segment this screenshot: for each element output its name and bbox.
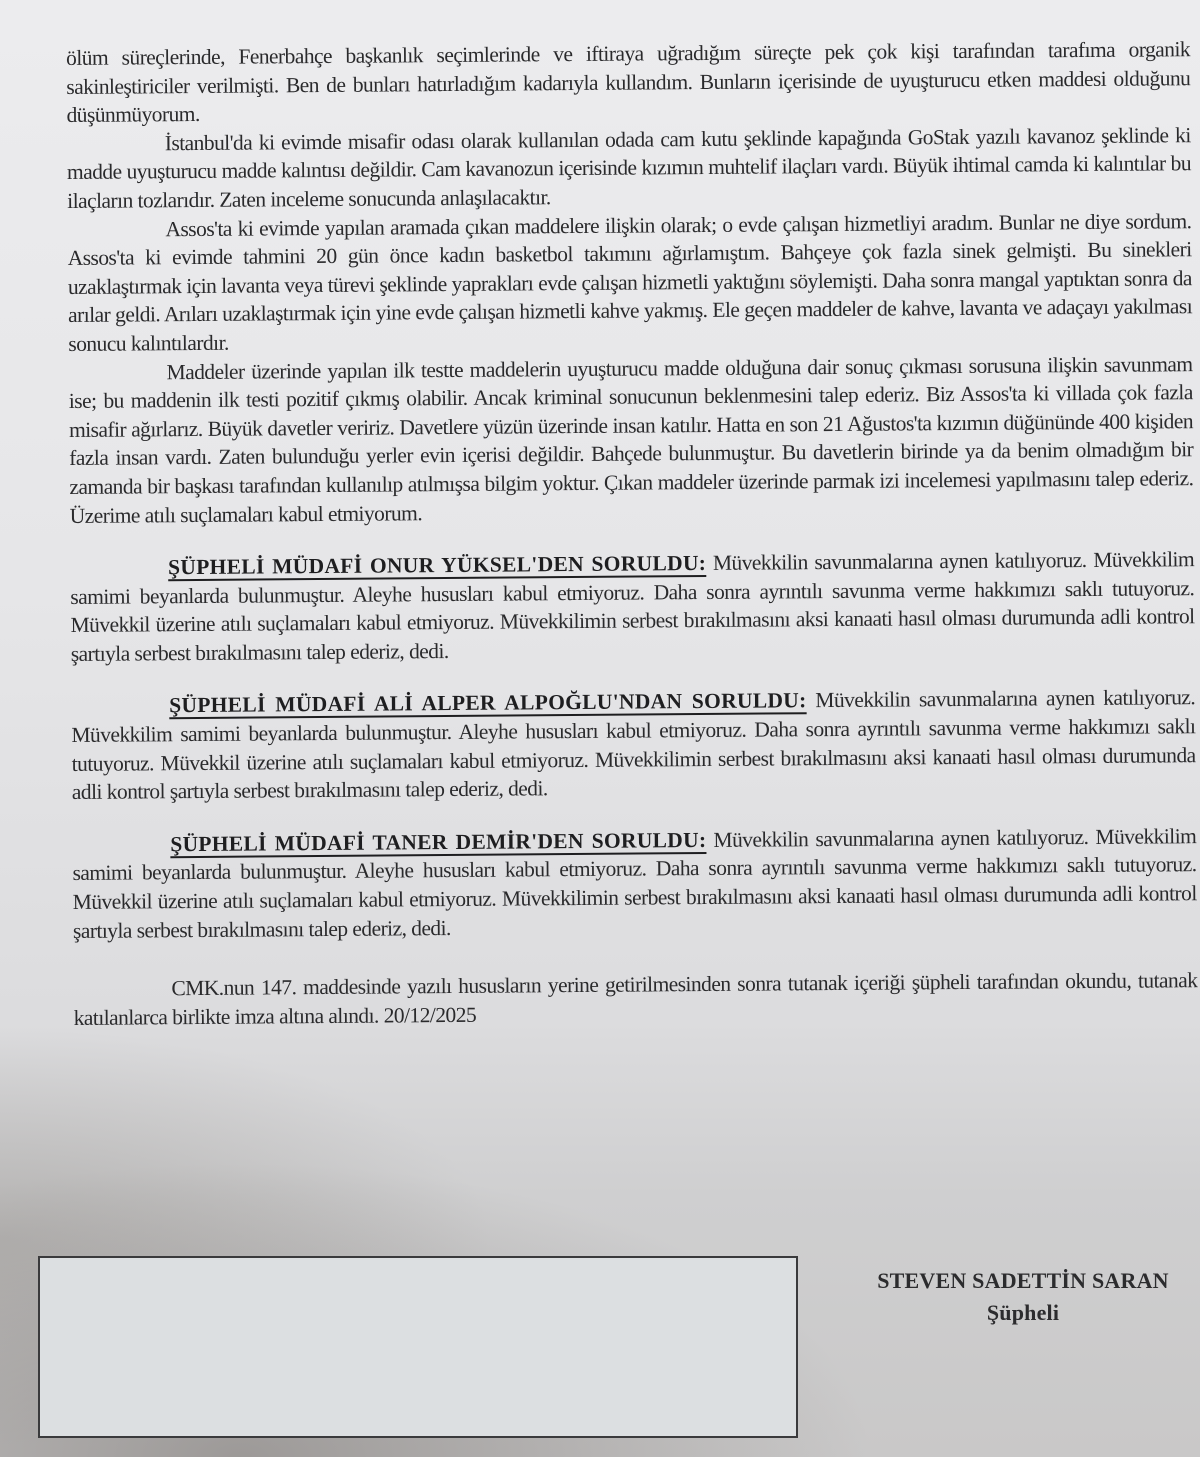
signatory-role: Şüpheli bbox=[848, 1298, 1198, 1328]
statement-paragraph-3: Assos'ta ki evimde yapılan aramada çıkan… bbox=[67, 207, 1192, 359]
signatory-name: STEVEN SADETTİN SARAN bbox=[848, 1266, 1198, 1296]
counsel-heading: ŞÜPHELİ MÜDAFİ ONUR YÜKSEL'DEN SORULDU: bbox=[168, 551, 706, 579]
statement-paragraph-1: ölüm süreçlerinde, Fenerbahçe başkanlık … bbox=[66, 35, 1191, 130]
counsel-heading: ŞÜPHELİ MÜDAFİ TANER DEMİR'DEN SORULDU: bbox=[170, 828, 706, 856]
redaction-box bbox=[38, 1256, 798, 1438]
statement-paragraph-2: İstanbul'da ki evimde misafir odası olar… bbox=[67, 121, 1192, 216]
document-page: ölüm süreçlerinde, Fenerbahçe başkanlık … bbox=[66, 35, 1198, 1032]
signature-block: STEVEN SADETTİN SARAN Şüpheli bbox=[848, 1266, 1198, 1328]
counsel-statement-onur-yuksel: ŞÜPHELİ MÜDAFİ ONUR YÜKSEL'DEN SORULDU: … bbox=[70, 545, 1195, 668]
counsel-heading: ŞÜPHELİ MÜDAFİ ALİ ALPER ALPOĞLU'NDAN SO… bbox=[169, 689, 807, 718]
counsel-statement-taner-demir: ŞÜPHELİ MÜDAFİ TANER DEMİR'DEN SORULDU: … bbox=[72, 822, 1197, 945]
statement-paragraph-4: Maddeler üzerinde yapılan ilk testte mad… bbox=[68, 350, 1193, 530]
counsel-statement-ali-alper-alpoglu: ŞÜPHELİ MÜDAFİ ALİ ALPER ALPOĞLU'NDAN SO… bbox=[71, 684, 1196, 807]
closing-paragraph: CMK.nun 147. maddesinde yazılı hususları… bbox=[73, 966, 1197, 1032]
